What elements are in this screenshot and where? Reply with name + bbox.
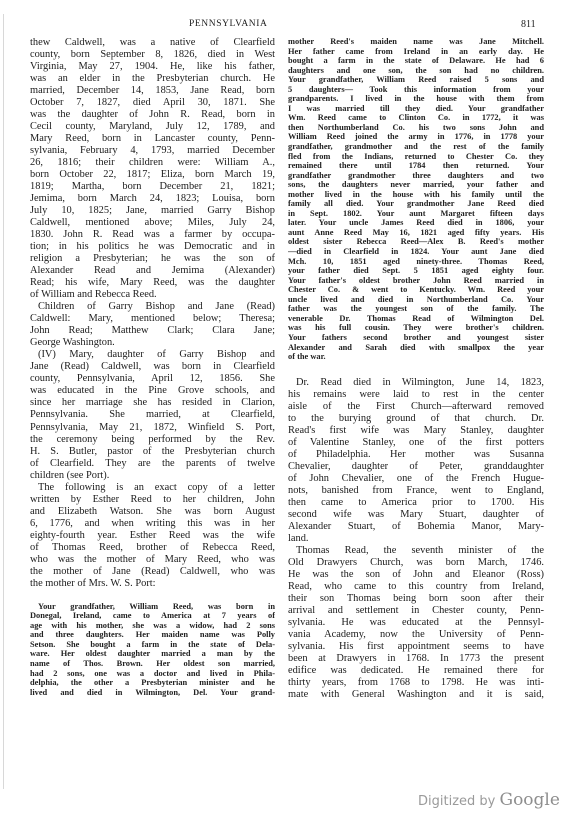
text-line: arrival and settlement in Chester county… — [288, 605, 544, 617]
text-line: in Sept. 1802. Your aunt Margaret fiftee… — [288, 209, 544, 219]
text-line: father was the youngest son of the famil… — [288, 304, 544, 314]
watermark-prefix: Digitized by — [418, 794, 499, 809]
text-line: Mch. 10, 1851 aged ninety-three. Thomas … — [288, 257, 544, 267]
text-line: 6, 1776, and when writing this was in he… — [30, 518, 275, 530]
text-line: George Washington. — [30, 337, 275, 349]
text-line: family all died. Your grandmother Jane R… — [288, 199, 544, 209]
text-line: county, Pennsylvania, April 12, 1856. Sh… — [30, 373, 275, 385]
text-line: Read; his wife, Mary Reed, was the daugh… — [30, 277, 275, 289]
text-line: since her marriage she has resided in Cl… — [30, 397, 275, 409]
text-line: the mother of Jane (Read) Caldwell, who … — [30, 566, 275, 578]
text-line: delphia, the other a Presbyterian minist… — [30, 678, 275, 688]
text-line: Alexander Read and Jemima (Alexander) — [30, 265, 275, 277]
text-line: Read, who came to this country from Irel… — [288, 581, 544, 593]
text-line: Pennsylvania. She married, at Clearfield… — [30, 409, 275, 421]
text-line: 26, 1816; their children were: William A… — [30, 157, 275, 169]
text-line: been at Drawyers in 1768. In 1773 the pr… — [288, 653, 544, 665]
text-line: Her father came from Ireland in an early… — [288, 47, 544, 57]
text-line: Alexander and Sarah died with smallpox t… — [288, 343, 544, 353]
text-line: born October 22, 1817; Eliza, born March… — [30, 169, 275, 181]
text-line: remained there until 1784 then returned.… — [288, 161, 544, 171]
text-line: Donegal, Ireland, came to America at 7 y… — [30, 611, 275, 621]
page-edge — [3, 14, 4, 789]
text-line: eighty-fourth year. Esther Reed was the … — [30, 530, 275, 542]
text-line: of William and Rebecca Reed. — [30, 289, 275, 301]
text-line: Mary Reed, born in Lancaster county, Pen… — [30, 133, 275, 145]
left-column: thew Caldwell, was a native of Clearfiel… — [30, 37, 275, 697]
text-line: oldest sister Rebecca Reed—Alex B. Reed'… — [288, 237, 544, 247]
text-line: mother lived in the house with his famil… — [288, 190, 544, 200]
text-line: Wm. Reed came to Clinton Co. in 1772, it… — [288, 113, 544, 123]
text-line: October 7, 1827, died April 30, 1871. Sh… — [30, 97, 275, 109]
text-line: —died in Clearfield in 1824. Your aunt J… — [288, 247, 544, 257]
text-line: Your father's oldest brother John Reed m… — [288, 276, 544, 286]
text-line: Your grandfather, William Reed raised 5 … — [288, 75, 544, 85]
text-line: 5 daughters— Took this information from … — [288, 85, 544, 95]
text-line: age with his mother, she was a widow, ha… — [30, 621, 275, 631]
text-line: the mother of Mrs. W. S. Port: — [30, 578, 275, 590]
paragraph-gap — [30, 590, 275, 602]
text-line: and Elizabeth Watson. She was born Augus… — [30, 506, 275, 518]
text-line: thew Caldwell, was a native of Clearfiel… — [30, 37, 275, 49]
right-column: mother Reed's maiden name was Jane Mitch… — [288, 37, 544, 701]
text-line: 1830. John R. Read was a farmer by occup… — [30, 229, 275, 241]
text-line: sylvania. His first appointment seems to… — [288, 641, 544, 653]
text-line: July 10, 1825; Jane, married Garry Bisho… — [30, 205, 275, 217]
text-line: religion a Presbyterian; he was the son … — [30, 253, 275, 265]
page-number: 811 — [521, 19, 536, 30]
text-line: H. S. Butler, pastor of the Presbyterian… — [30, 446, 275, 458]
text-line: children (see Port). — [30, 470, 275, 482]
letter-quotation-paragraph: mother Reed's maiden name was Jane Mitch… — [288, 37, 544, 362]
text-line: Caldwell: Mary, mentioned below; Theresa… — [30, 313, 275, 325]
digitized-by-google-watermark: Digitized by Google — [418, 790, 560, 810]
text-line: edifice was dedicated. He remained there… — [288, 665, 544, 677]
text-line: Cecil county, Maryland, July 12, 1789, a… — [30, 121, 275, 133]
text-line: Old Drawyers Church, was born March, 174… — [288, 557, 544, 569]
text-line: aisle of the First Church—afterward remo… — [288, 401, 544, 413]
body-paragraph: Thomas Read, the seventh minister of the… — [288, 545, 544, 701]
text-line: written by Esther Reed to her children, … — [30, 494, 275, 506]
text-line: Jane (Read) Caldwell, was born in Clearf… — [30, 361, 275, 373]
text-line: grandparents. I lived in the house with … — [288, 94, 544, 104]
letter-quotation-paragraph: Your grandfather, William Reed, was born… — [30, 602, 275, 697]
body-paragraph: (IV) Mary, daughter of Garry Bishop andJ… — [30, 349, 275, 481]
text-line: their son Thomas being born soon after t… — [288, 593, 544, 605]
page-header: PENNSYLVANIA 811 — [0, 19, 575, 33]
text-line: venerable Dr. Thomas Read of Wilmington … — [288, 314, 544, 324]
text-line: and three daughters. Her maiden name was… — [30, 630, 275, 640]
text-line: was an elder in the Presbyterian church.… — [30, 73, 275, 85]
text-line: was his full cousin. They were brother's… — [288, 323, 544, 333]
google-logo-text: Google — [499, 790, 559, 810]
text-line: Jemima, born March 24, 1823; Louisa, bor… — [30, 193, 275, 205]
text-line: the ceremony being performed by the Rev. — [30, 434, 275, 446]
text-line: was the daughter of John R. Read, born i… — [30, 109, 275, 121]
text-line: Dr. Read died in Wilmington, June 14, 18… — [288, 377, 544, 389]
text-line: Caldwell, mentioned above; Miles, July 2… — [30, 217, 275, 229]
text-line: ware. Her oldest daughter married a man … — [30, 649, 275, 659]
text-line: county, born September 8, 1826, died in … — [30, 49, 275, 61]
text-line: sylvania, February 4, 1793, married Dece… — [30, 145, 275, 157]
text-line: married, December 14, 1853, Jane Read, b… — [30, 85, 275, 97]
text-line: Thomas Read, the seventh minister of the — [288, 545, 544, 557]
text-line: to the burying ground of that church. Dr… — [288, 413, 544, 425]
paragraph-gap — [288, 362, 544, 377]
running-head: PENNSYLVANIA — [189, 19, 267, 29]
text-line: vania Academy, now the University of Pen… — [288, 629, 544, 641]
text-line: thirty years, from 1768 to 1798. He was … — [288, 677, 544, 689]
text-line: grandfather, grandmother and the rest of… — [288, 142, 544, 152]
text-line: was educated in the Pine Grove schools, … — [30, 385, 275, 397]
text-line: uncle lived and died in Northumberland C… — [288, 295, 544, 305]
text-line: land. — [288, 533, 544, 545]
text-line: (IV) Mary, daughter of Garry Bishop and — [30, 349, 275, 361]
text-line: tion; in his politics he was Democratic … — [30, 241, 275, 253]
body-paragraph: Children of Garry Bishop and Jane (Read)… — [30, 301, 275, 349]
text-line: Pennsylvania, May 21, 1872, Winfield S. … — [30, 422, 275, 434]
text-line: Your fathers second brother and youngest… — [288, 333, 544, 343]
text-line: Setson. She bought a farm in the state o… — [30, 640, 275, 650]
text-line: then came to America prior to 1700. His — [288, 497, 544, 509]
text-line: mother Reed's maiden name was Jane Mitch… — [288, 37, 544, 47]
text-line: I was married till they died. Your grand… — [288, 104, 544, 114]
text-line: nots, banished from France, went to Engl… — [288, 485, 544, 497]
text-line: mate with General Washington and it is s… — [288, 689, 544, 701]
text-line: 1819; Martha, born December 21, 1821; — [30, 181, 275, 193]
text-line: William Reed joined the army in 1776, in… — [288, 132, 544, 142]
text-line: bought a farm in the state of Delaware. … — [288, 56, 544, 66]
text-line: Read's first wife was Mary Stanley, daug… — [288, 425, 544, 437]
text-line: of John Chevalier, one of the French Hug… — [288, 473, 544, 485]
text-line: of the war. — [288, 352, 544, 362]
text-line: who was the mother of Mary Reed, who was — [30, 554, 275, 566]
text-line: your father died Sept. 5 1851 aged eight… — [288, 266, 544, 276]
text-line: of Valentine Stanley, one of the first p… — [288, 437, 544, 449]
text-line: of Clearfield. They are the parents of t… — [30, 458, 275, 470]
text-line: later. Your uncle James Reed died in 180… — [288, 218, 544, 228]
text-line: He was the son of John and Eleanor (Ross… — [288, 569, 544, 581]
text-line: lived and died in Wilmington, Del. Your … — [30, 688, 275, 698]
text-line: Your grandfather, William Reed, was born… — [30, 602, 275, 612]
text-line: had 2 sons, one was a doctor and lived i… — [30, 669, 275, 679]
text-line: Chester Co. & went to Kentucky. Wm. Reed… — [288, 285, 544, 295]
body-paragraph: thew Caldwell, was a native of Clearfiel… — [30, 37, 275, 301]
text-line: his remains were laid to rest in the cen… — [288, 389, 544, 401]
text-line: name of Thos. Brown. Her oldest son marr… — [30, 659, 275, 669]
text-line: Virginia, May 27, 1904. He, like his fat… — [30, 61, 275, 73]
text-line: sylvania. He was educated at the Pennsyl… — [288, 617, 544, 629]
text-line: of Philadelphia. Her mother was Susanna — [288, 449, 544, 461]
text-line: Chevalier, daughter of Peter, granddaugh… — [288, 461, 544, 473]
text-line: Children of Garry Bishop and Jane (Read) — [30, 301, 275, 313]
text-line: sons, the daughters never married, your … — [288, 180, 544, 190]
text-line: fled from the Indians, returned to Chest… — [288, 152, 544, 162]
text-line: aunt Anne Reed May 16, 1821 aged fifty y… — [288, 228, 544, 238]
text-line: daughters and one son, the son had no ch… — [288, 66, 544, 76]
text-line: Alexander Stuart, of Bohemia Manor, Mary… — [288, 521, 544, 533]
text-line: John Read; Matthew Clark; Clara Jane; — [30, 325, 275, 337]
text-line: of Thomas Reed, brother of Rebecca Reed, — [30, 542, 275, 554]
body-paragraph: Dr. Read died in Wilmington, June 14, 18… — [288, 377, 544, 545]
text-line: then Northumberland Co. his two sons Joh… — [288, 123, 544, 133]
text-line: second wife was Mary Stuart, daughter of — [288, 509, 544, 521]
text-line: grandfather grandmother three daughters … — [288, 171, 544, 181]
text-line: The following is an exact copy of a lett… — [30, 482, 275, 494]
body-paragraph: The following is an exact copy of a lett… — [30, 482, 275, 590]
